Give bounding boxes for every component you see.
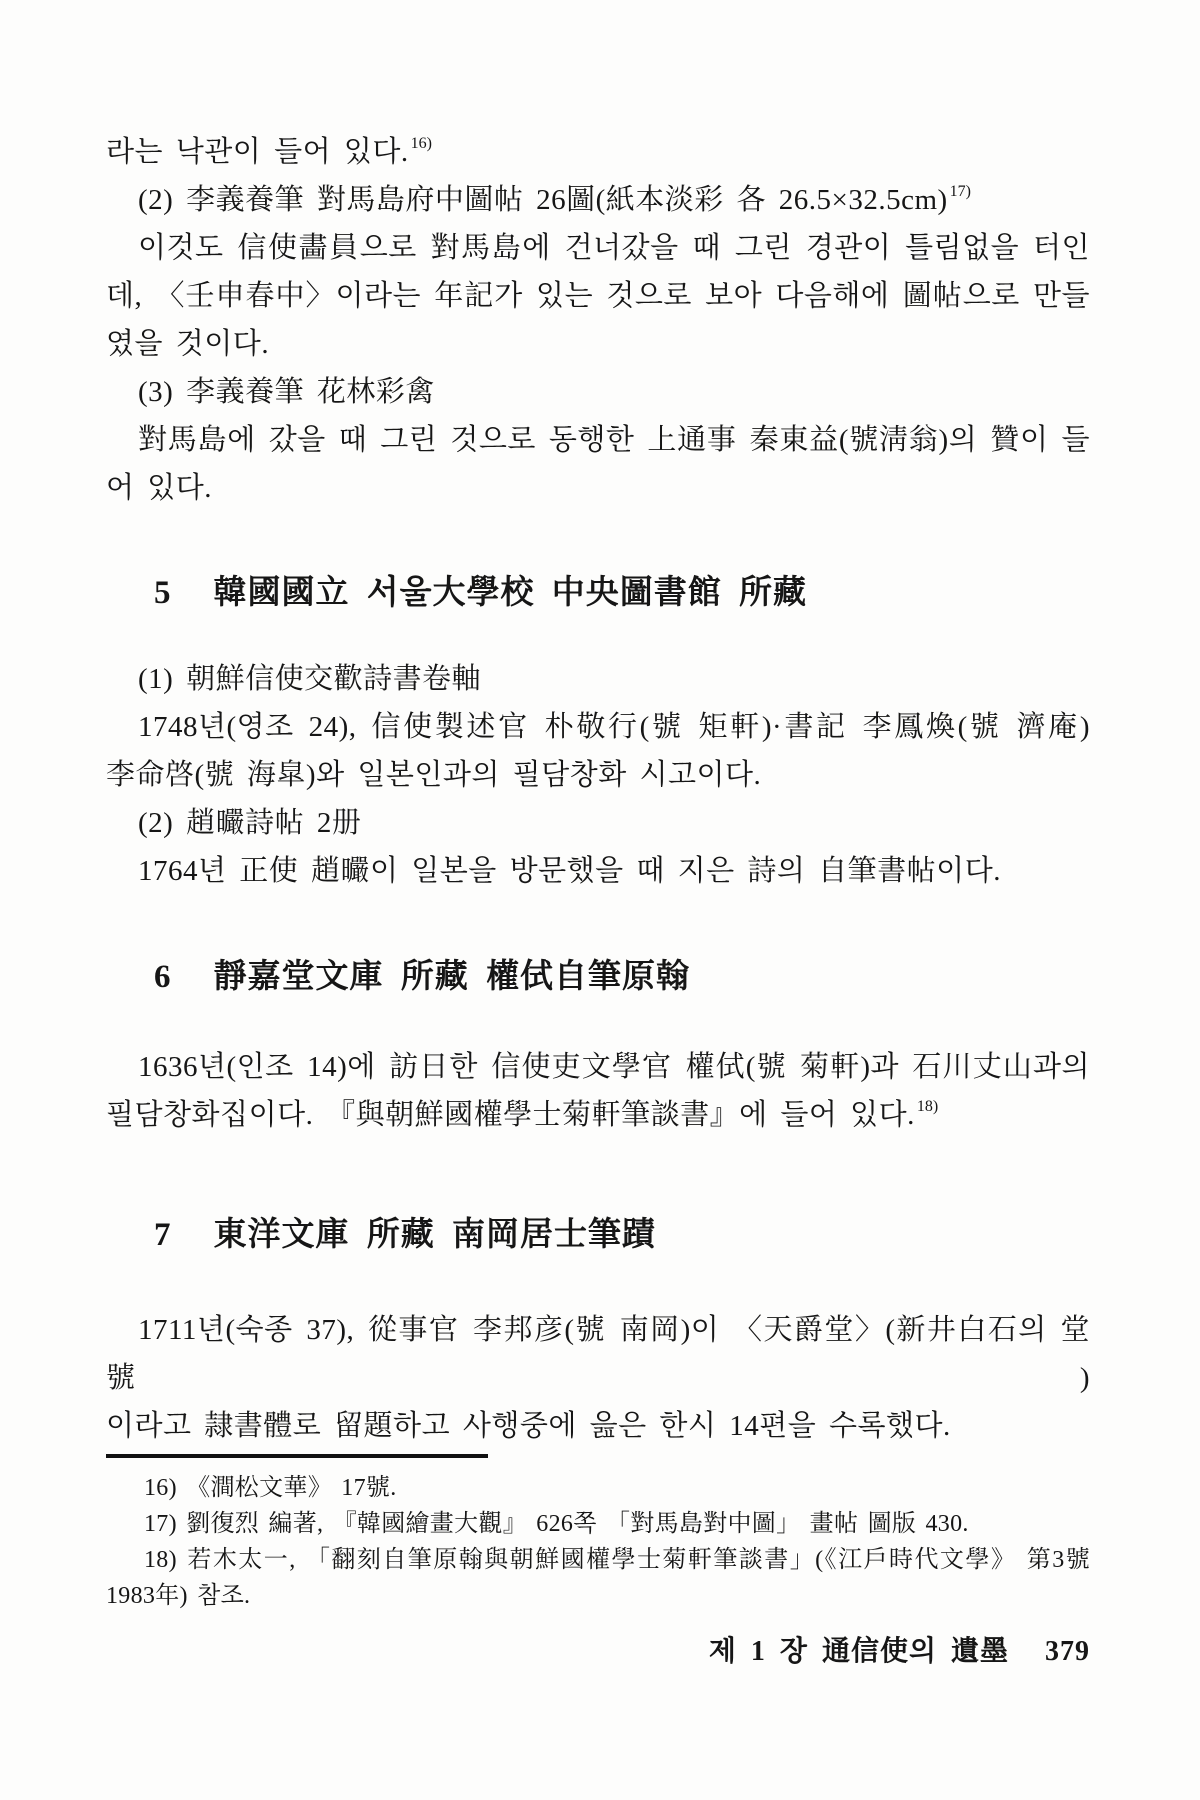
- body-line: 1711년(숙종 37), 從事官 李邦彦(號 南岡)이 〈天爵堂〉(新井白石의…: [106, 1306, 1090, 1402]
- footnote-ref-16: 16): [411, 135, 432, 152]
- page-number: 379: [1045, 1636, 1090, 1667]
- body-line: (3) 李義養筆 花林彩禽: [106, 368, 1090, 416]
- section-title: 東洋文庫 所藏 南岡居士筆蹟: [214, 1217, 657, 1253]
- footnote-ref-17: 17): [950, 183, 971, 200]
- section-number: 5: [154, 575, 172, 611]
- section-heading-5: 5韓國國立 서울大學校 中央圖書館 所藏: [106, 569, 1090, 617]
- body-line: 1636년(인조 14)에 訪日한 信使吏文學官 權侙(號 菊軒)과 石川丈山과…: [106, 1043, 1090, 1091]
- body-line: 1748년(영조 24), 信使製述官 朴敬行(號 矩軒)·書記 李鳳煥(號 濟…: [106, 703, 1090, 751]
- body-line: 였을 것이다.: [106, 320, 1090, 368]
- body-line: 李命啓(號 海皐)와 일본인과의 필담창화 시고이다.: [106, 751, 1090, 799]
- section-title: 靜嘉堂文庫 所藏 權侙自筆原翰: [214, 959, 691, 995]
- body-line: 對馬島에 갔을 때 그린 것으로 동행한 上通事 秦東益(號淸翁)의 贊이 들: [106, 416, 1090, 464]
- section-number: 7: [154, 1217, 172, 1253]
- footnote-16: 16) 《澗松文華》 17號.: [106, 1470, 1090, 1506]
- chapter-title: 제 1 장 通信使의 遺墨: [709, 1636, 1009, 1667]
- body-line: (1) 朝鮮信使交歡詩書卷軸: [106, 655, 1090, 703]
- body-line: 1764년 正使 趙曮이 일본을 방문했을 때 지은 詩의 自筆書帖이다.: [106, 847, 1090, 895]
- footnote-18: 18) 若木太一, 「翻刻自筆原翰與朝鮮國權學士菊軒筆談書」(《江戶時代文學》 …: [106, 1542, 1090, 1578]
- scanned-book-page: 라는 낙관이 들어 있다.16) (2) 李義養筆 對馬島府中圖帖 26圖(紙本…: [0, 0, 1200, 1800]
- section-heading-7: 7東洋文庫 所藏 南岡居士筆蹟: [106, 1211, 1090, 1259]
- footnote-divider: [106, 1454, 488, 1458]
- footnote-17: 17) 劉復烈 編著, 『韓國繪畫大觀』 626쪽 「對馬島對中圖」 畫帖 圖版…: [106, 1506, 1090, 1542]
- page-body: 라는 낙관이 들어 있다.16) (2) 李義養筆 對馬島府中圖帖 26圖(紙本…: [0, 0, 1200, 1672]
- section-number: 6: [154, 959, 172, 995]
- section-heading-6: 6靜嘉堂文庫 所藏 權侙自筆原翰: [106, 953, 1090, 1001]
- body-line: 라는 낙관이 들어 있다.16): [106, 128, 1090, 176]
- body-line: (2) 李義養筆 對馬島府中圖帖 26圖(紙本淡彩 各 26.5×32.5cm)…: [106, 176, 1090, 224]
- body-line: 어 있다.: [106, 464, 1090, 512]
- section-title: 韓國國立 서울大學校 中央圖書館 所藏: [214, 575, 808, 611]
- body-line: 이것도 信使畵員으로 對馬島에 건너갔을 때 그린 경관이 틀림없을 터인: [106, 224, 1090, 272]
- body-line: 이라고 隷書體로 留題하고 사행중에 읊은 한시 14편을 수록했다.: [106, 1402, 1090, 1450]
- footnote-ref-18: 18): [917, 1098, 938, 1115]
- page-footer: 제 1 장 通信使의 遺墨379: [106, 1632, 1090, 1672]
- body-line: 필담창화집이다. 『與朝鮮國權學士菊軒筆談書』에 들어 있다.18): [106, 1091, 1090, 1139]
- body-line: (2) 趙曮詩帖 2册: [106, 799, 1090, 847]
- footnote-18-continued: 1983年) 참조.: [106, 1578, 1090, 1614]
- body-line: 데, 〈壬申春中〉이라는 年記가 있는 것으로 보아 다음해에 圖帖으로 만들: [106, 272, 1090, 320]
